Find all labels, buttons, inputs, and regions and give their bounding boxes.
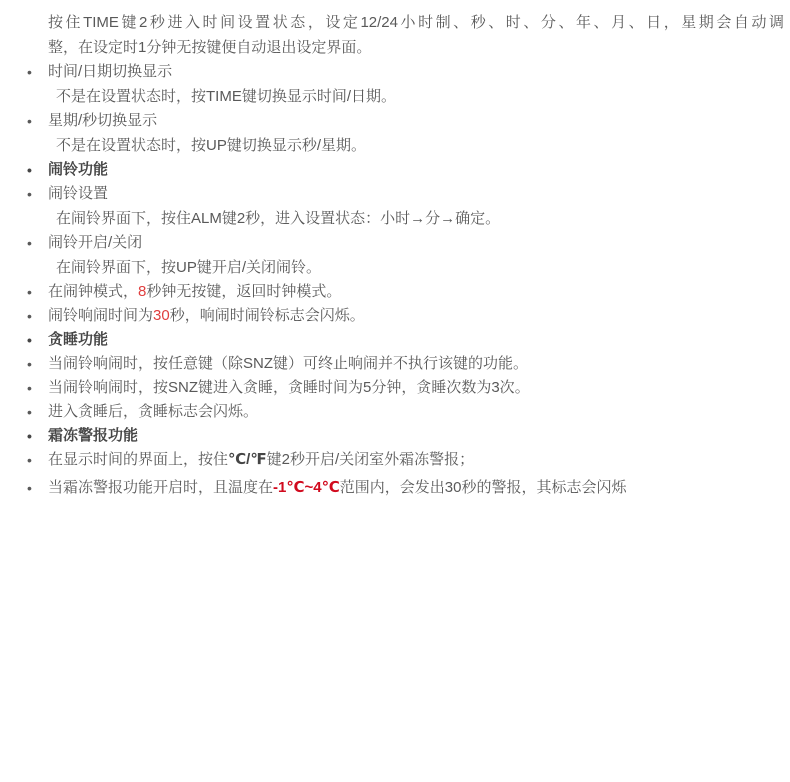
- list-item-text: 闹铃开启/关闭: [48, 234, 142, 251]
- alarm-onoff-list: • 闹铃开启/关闭: [0, 231, 790, 255]
- bullet-icon: •: [27, 304, 32, 328]
- section-heading-snooze: • 贪睡功能: [0, 328, 790, 352]
- alarm-set-detail: 在闹铃界面下，按住ALM键2秒，进入设置状态：小时→分→确定。: [56, 206, 790, 231]
- list-item-time-date-toggle: • 时间/日期切换显示: [0, 60, 790, 84]
- week-seconds-toggle-detail: 不是在设置状态时，按UP键切换显示秒/星期。: [56, 133, 790, 158]
- bullet-icon: •: [27, 182, 32, 206]
- list-item-snooze-flash: • 进入贪睡后，贪睡标志会闪烁。: [0, 400, 790, 424]
- bullet-icon: •: [27, 328, 32, 352]
- list-item-text: 当闹铃响闹时，按SNZ键进入贪睡，贪睡时间为5分钟，贪睡次数为3次。: [48, 379, 530, 396]
- list-item-text: 秒，响闹时闹铃标志会闪烁。: [170, 307, 365, 324]
- list-item-week-seconds-toggle: • 星期/秒切换显示: [0, 109, 790, 133]
- bullet-icon: •: [27, 60, 32, 84]
- intro-paragraph: 按住TIME键2秒进入时间设置状态，设定12/24小时制、秒、时、分、年、月、日…: [48, 10, 784, 60]
- list-item-text: 时间/日期切换显示: [48, 63, 172, 80]
- section-heading-alarm: • 闹铃功能: [0, 158, 790, 182]
- week-seconds-toggle-list: • 星期/秒切换显示: [0, 109, 790, 133]
- bullet-icon: •: [27, 109, 32, 133]
- section-heading-text: 贪睡功能: [48, 331, 108, 348]
- list-item-text: 星期/秒切换显示: [48, 112, 157, 129]
- bullet-icon: •: [27, 376, 32, 400]
- alarm-section-list: • 闹铃功能 • 闹铃设置: [0, 158, 790, 206]
- list-item-frost-toggle: • 在显示时间的界面上，按住℃/℉键2秒开启/关闭室外霜冻警报；: [0, 448, 790, 472]
- list-item-text: 键2秒开启/关闭室外霜冻警报；: [267, 451, 475, 468]
- frost-section-list: • 霜冻警报功能 • 在显示时间的界面上，按住℃/℉键2秒开启/关闭室外霜冻警报…: [0, 424, 790, 500]
- section-heading-text: 霜冻警报功能: [48, 427, 138, 444]
- highlight-temperature-range: -1℃~4℃: [273, 479, 340, 496]
- list-item-text: 闹铃设置: [48, 185, 108, 202]
- list-item-alarm-set: • 闹铃设置: [0, 182, 790, 206]
- section-heading-text: 闹铃功能: [48, 161, 108, 178]
- list-item-text: 范围内，会发出30秒的警报，其标志会闪烁: [340, 479, 627, 496]
- manual-content: 按住TIME键2秒进入时间设置状态，设定12/24小时制、秒、时、分、年、月、日…: [0, 0, 790, 500]
- list-item-alarm-ring-duration: • 闹铃响闹时间为30秒，响闹时闹铃标志会闪烁。: [0, 304, 790, 328]
- bullet-icon: •: [27, 280, 32, 304]
- snooze-section-list: • 贪睡功能 • 当闹铃响闹时，按任意键（除SNZ键）可终止响闹并不执行该键的功…: [0, 328, 790, 424]
- list-item-text: 在显示时间的界面上，按住: [48, 451, 228, 468]
- list-item-alarm-on-off: • 闹铃开启/关闭: [0, 231, 790, 255]
- bullet-icon: •: [27, 448, 32, 472]
- list-item-text: 秒钟无按键，返回时钟模式。: [146, 283, 341, 300]
- list-item-snooze-stop: • 当闹铃响闹时，按任意键（除SNZ键）可终止响闹并不执行该键的功能。: [0, 352, 790, 376]
- list-item-text: 进入贪睡后，贪睡标志会闪烁。: [48, 403, 258, 420]
- list-item-text: 当霜冻警报功能开启时，且温度在: [48, 479, 273, 496]
- bullet-icon: •: [27, 424, 32, 448]
- bullet-icon: •: [27, 352, 32, 376]
- alarm-notes-list: • 在闹钟模式，8秒钟无按键，返回时钟模式。 • 闹铃响闹时间为30秒，响闹时闹…: [0, 280, 790, 328]
- highlight-temp-unit-key: ℃/℉: [228, 451, 267, 468]
- highlight-30-seconds: 30: [153, 307, 170, 324]
- bullet-icon: •: [27, 476, 32, 500]
- list-item-snooze-enter: • 当闹铃响闹时，按SNZ键进入贪睡，贪睡时间为5分钟，贪睡次数为3次。: [0, 376, 790, 400]
- list-item-text: 闹铃响闹时间为: [48, 307, 153, 324]
- time-date-toggle-detail: 不是在设置状态时，按TIME键切换显示时间/日期。: [56, 84, 790, 109]
- bullet-icon: •: [27, 158, 32, 182]
- section-heading-frost-alert: • 霜冻警报功能: [0, 424, 790, 448]
- time-date-toggle-list: • 时间/日期切换显示: [0, 60, 790, 84]
- list-item-text: 当闹铃响闹时，按任意键（除SNZ键）可终止响闹并不执行该键的功能。: [48, 355, 528, 372]
- intro-line-2: 整，在设定时1分钟无按键便自动退出设定界面。: [48, 35, 784, 60]
- alarm-on-off-detail: 在闹铃界面下，按UP键开启/关闭闹铃。: [56, 255, 790, 280]
- list-item-alarm-auto-return: • 在闹钟模式，8秒钟无按键，返回时钟模式。: [0, 280, 790, 304]
- intro-line-1: 按住TIME键2秒进入时间设置状态，设定12/24小时制、秒、时、分、年、月、日…: [48, 10, 784, 35]
- list-item-text: 在闹钟模式，: [48, 283, 138, 300]
- bullet-icon: •: [27, 231, 32, 255]
- list-item-frost-range: • 当霜冻警报功能开启时，且温度在-1℃~4℃范围内，会发出30秒的警报，其标志…: [0, 476, 790, 500]
- bullet-icon: •: [27, 400, 32, 424]
